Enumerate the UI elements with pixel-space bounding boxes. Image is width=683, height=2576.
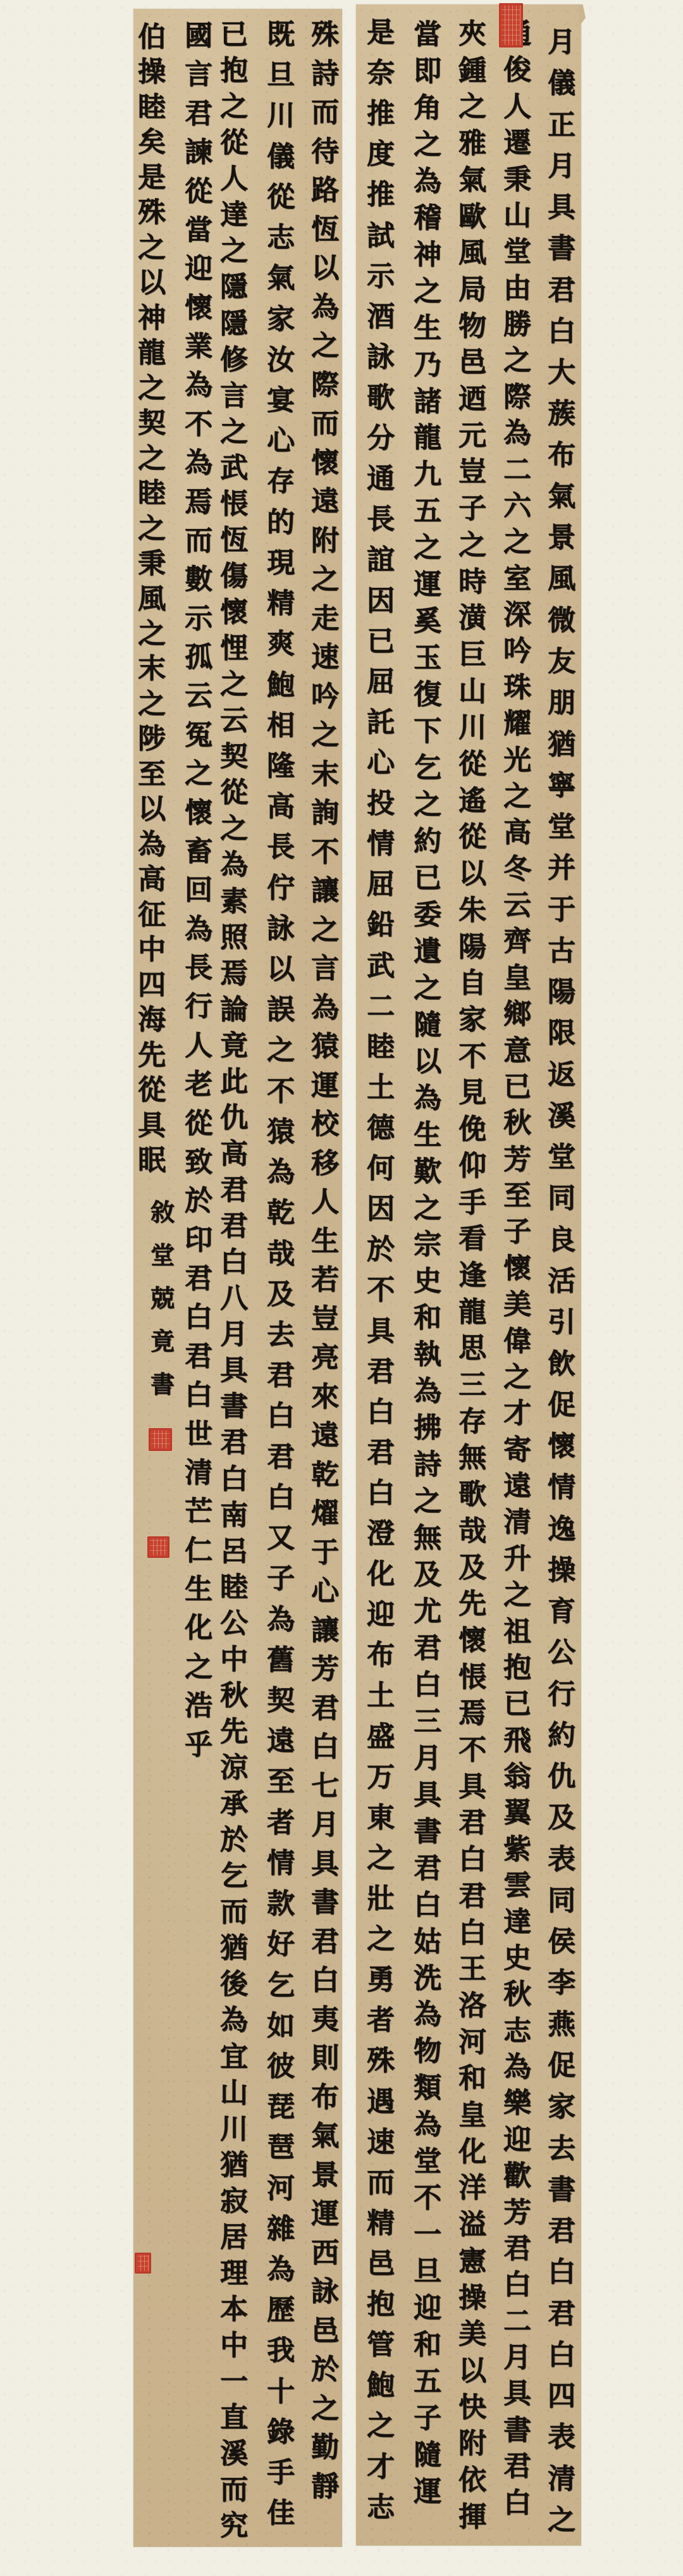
calligraphy-character: 而: [311, 99, 339, 127]
calligraphy-character: 奚: [414, 607, 441, 635]
calligraphy-character: 古: [548, 937, 575, 965]
calligraphy-character: 長: [367, 506, 395, 533]
calligraphy-character: 約: [548, 1722, 575, 1750]
calligraphy-character: 仇: [548, 1763, 575, 1791]
calligraphy-character: 投: [367, 790, 395, 818]
calligraphy-character: 之: [267, 1036, 295, 1064]
calligraphy-character: 君: [458, 1809, 486, 1837]
calligraphy-character: 遠: [311, 1422, 339, 1450]
calligraphy-character: 書: [151, 1372, 175, 1397]
calligraphy-character: 公: [548, 1639, 575, 1667]
text-column-left-1: 殊詩而待路恆以為之際而懷遠附之走速吟之末詢不讓之言為猿運校移人生若豈亮來遠乾燿于…: [309, 21, 341, 2501]
calligraphy-character: 去: [548, 2135, 575, 2163]
calligraphy-character: 山: [503, 202, 531, 230]
calligraphy-character: 先: [138, 1042, 166, 1069]
calligraphy-character: 八: [220, 1285, 248, 1312]
calligraphy-character: 為: [185, 916, 212, 943]
calligraphy-character: 川: [220, 2115, 248, 2143]
calligraphy-character: 猿: [267, 1118, 295, 1146]
calligraphy-character: 奈: [367, 59, 395, 87]
calligraphy-character: 以: [458, 860, 486, 888]
calligraphy-character: 河: [458, 2029, 486, 2056]
calligraphy-character: 人: [503, 93, 531, 121]
calligraphy-character: 業: [185, 333, 212, 361]
calligraphy-character: 長: [267, 833, 295, 861]
calligraphy-character: 猶: [220, 1934, 248, 1962]
calligraphy-character: 清: [503, 1509, 531, 1536]
calligraphy-character: 寂: [220, 2187, 248, 2215]
calligraphy-character: 焉: [185, 488, 212, 516]
calligraphy-character: 四: [138, 971, 166, 999]
calligraphy-character: 芒: [185, 1498, 212, 1526]
calligraphy-character: 試: [367, 222, 395, 250]
calligraphy-character: 風: [138, 585, 166, 613]
calligraphy-character: 乞: [267, 1972, 295, 2000]
calligraphy-character: 堂: [151, 1243, 175, 1267]
calligraphy-character: 君: [185, 1343, 212, 1371]
calligraphy-character: 屈: [367, 668, 395, 696]
calligraphy-character: 偉: [503, 1328, 531, 1355]
calligraphy-character: 通: [367, 465, 395, 493]
calligraphy-character: 約: [414, 828, 441, 856]
calligraphy-character: 懷: [458, 1627, 486, 1655]
calligraphy-character: 志: [267, 224, 295, 252]
calligraphy-character: 和: [414, 2331, 441, 2359]
calligraphy-character: 傷: [220, 563, 248, 590]
calligraphy-character: 川: [267, 102, 295, 130]
calligraphy-character: 之: [458, 532, 486, 559]
calligraphy-character: 月: [503, 2344, 531, 2372]
calligraphy-character: 迎: [414, 2294, 441, 2322]
calligraphy-character: 德: [367, 1114, 395, 1142]
calligraphy-character: 不: [185, 411, 212, 439]
calligraphy-character: 拂: [414, 1414, 441, 1442]
calligraphy-character: 川: [458, 714, 486, 742]
calligraphy-character: 不: [367, 1276, 395, 1304]
calligraphy-character: 陽: [458, 933, 486, 961]
calligraphy-character: 白: [548, 318, 575, 345]
calligraphy-character: 快: [458, 2394, 486, 2422]
calligraphy-character: 并: [548, 854, 575, 882]
calligraphy-character: 心: [367, 749, 395, 777]
calligraphy-character: 為: [138, 831, 166, 859]
calligraphy-character: 本: [220, 2296, 248, 2324]
calligraphy-character: 李: [548, 1969, 575, 1997]
calligraphy-character: 正: [548, 111, 575, 139]
calligraphy-character: 飲: [548, 1350, 575, 1378]
calligraphy-character: 潢: [458, 604, 486, 632]
calligraphy-character: 鮑: [367, 2372, 395, 2399]
calligraphy-character: 迺: [458, 385, 486, 413]
calligraphy-character: 君: [414, 1634, 441, 1662]
calligraphy-character: 君: [185, 1265, 212, 1293]
calligraphy-character: 白: [548, 2341, 575, 2369]
calligraphy-character: 和: [458, 2065, 486, 2093]
calligraphy-character: 歎: [414, 1158, 441, 1186]
calligraphy-character: 而: [311, 410, 339, 438]
calligraphy-character: 睦: [367, 1033, 395, 1061]
calligraphy-character: 陽: [548, 978, 575, 1006]
calligraphy-character: 浩: [185, 1692, 212, 1720]
calligraphy-character: 秋: [220, 1682, 248, 1710]
calligraphy-character: 具: [138, 1112, 166, 1140]
calligraphy-character: 洛: [458, 1992, 486, 2020]
calligraphy-character: 子: [414, 2405, 441, 2432]
calligraphy-character: 已: [414, 864, 441, 892]
calligraphy-character: 君: [267, 1362, 295, 1390]
calligraphy-character: 光: [503, 747, 531, 775]
calligraphy-character: 存: [267, 468, 295, 495]
text-column-right-4: 當即角之為稽神之生乃諸龍九五之運奚玉復下乞之約已委遺之隨以為生歎之宗史和執為拂詩…: [411, 21, 444, 2506]
calligraphy-character: 吟: [503, 637, 531, 665]
calligraphy-character: 朋: [548, 689, 575, 717]
calligraphy-character: 于: [311, 1539, 339, 1567]
calligraphy-character: 焉: [220, 960, 248, 988]
calligraphy-character: 山: [458, 678, 486, 706]
calligraphy-character: 於: [220, 1826, 248, 1854]
calligraphy-character: 彼: [267, 2053, 295, 2081]
calligraphy-character: 先: [220, 1718, 248, 1746]
calligraphy-character: 為: [311, 294, 339, 321]
calligraphy-character: 白: [311, 1967, 339, 1994]
calligraphy-character: 君: [267, 1443, 295, 1471]
calligraphy-character: 友: [548, 648, 575, 676]
calligraphy-character: 于: [548, 896, 575, 924]
calligraphy-character: 歷: [267, 2296, 295, 2324]
calligraphy-character: 布: [367, 1641, 395, 1669]
calligraphy-character: 從: [220, 779, 248, 807]
calligraphy-character: 因: [367, 587, 395, 615]
calligraphy-character: 堂: [414, 2148, 441, 2175]
calligraphy-character: 促: [548, 2052, 575, 2080]
calligraphy-character: 焉: [458, 1700, 486, 1727]
calligraphy-character: 君: [220, 1429, 248, 1457]
calligraphy-character: 言: [185, 61, 212, 89]
calligraphy-character: 之: [138, 515, 166, 543]
calligraphy-character: 堂: [548, 1143, 575, 1171]
calligraphy-character: 看: [458, 1225, 486, 1253]
calligraphy-character: 待: [311, 138, 339, 166]
calligraphy-character: 之: [185, 1653, 212, 1681]
calligraphy-character: 秉: [138, 550, 166, 578]
calligraphy-character: 我: [267, 2337, 295, 2365]
calligraphy-character: 升: [503, 1545, 531, 1573]
calligraphy-character: 翁: [503, 1763, 531, 1791]
calligraphy-character: 宜: [220, 2043, 248, 2071]
calligraphy-character: 而: [220, 1898, 248, 1926]
calligraphy-character: 思: [458, 1335, 486, 1362]
calligraphy-character: 不: [458, 1736, 486, 1764]
calligraphy-character: 從: [138, 1076, 166, 1104]
calligraphy-character: 不: [458, 1043, 486, 1071]
calligraphy-character: 若: [311, 1266, 339, 1294]
calligraphy-character: 美: [503, 1291, 531, 1319]
calligraphy-character: 從: [267, 184, 295, 211]
calligraphy-character: 白: [503, 2489, 531, 2517]
calligraphy-character: 抱: [220, 57, 248, 85]
calligraphy-character: 九: [414, 461, 441, 488]
calligraphy-character: 猶: [548, 731, 575, 759]
calligraphy-character: 者: [367, 2007, 395, 2034]
calligraphy-character: 齊: [503, 928, 531, 955]
calligraphy-character: 高: [267, 793, 295, 821]
calligraphy-character: 人: [185, 1032, 212, 1060]
calligraphy-character: 不: [267, 1078, 295, 1105]
calligraphy-character: 土: [367, 1682, 395, 1710]
calligraphy-character: 白: [458, 1919, 486, 1947]
calligraphy-character: 校: [311, 1111, 339, 1138]
calligraphy-character: 及: [414, 1561, 441, 1589]
calligraphy-character: 而: [185, 527, 212, 555]
calligraphy-character: 操: [138, 58, 166, 86]
calligraphy-character: 美: [458, 2320, 486, 2348]
calligraphy-character: 伯: [138, 23, 166, 51]
calligraphy-character: 讓: [311, 877, 339, 905]
artist-signature: 敘堂兢竟書: [146, 1200, 179, 1397]
calligraphy-character: 直: [220, 2404, 248, 2432]
calligraphy-character: 仇: [220, 1104, 248, 1132]
calligraphy-character: 走: [311, 605, 339, 633]
calligraphy-character: 高: [503, 819, 531, 847]
calligraphy-character: 是: [367, 19, 395, 47]
calligraphy-character: 寄: [503, 1436, 531, 1464]
calligraphy-character: 朱: [458, 897, 486, 924]
calligraphy-character: 於: [367, 1236, 395, 1264]
calligraphy-character: 五: [414, 497, 441, 525]
calligraphy-character: 月: [548, 152, 575, 180]
calligraphy-character: 君: [503, 2235, 531, 2263]
calligraphy-character: 詠: [367, 344, 395, 371]
calligraphy-character: 雲: [503, 1872, 531, 1900]
calligraphy-character: 豈: [458, 458, 486, 486]
calligraphy-character: 燿: [311, 1500, 339, 1528]
calligraphy-character: 示: [367, 263, 395, 290]
calligraphy-character: 託: [367, 709, 395, 737]
calligraphy-character: 於: [311, 2356, 339, 2384]
calligraphy-character: 生: [414, 1121, 441, 1149]
calligraphy-character: 而: [220, 2476, 248, 2504]
calligraphy-character: 洗: [414, 1965, 441, 1993]
calligraphy-character: 之: [367, 1845, 395, 1872]
calligraphy-character: 情: [367, 830, 395, 858]
calligraphy-character: 月: [311, 1811, 339, 1839]
calligraphy-character: 佳: [267, 2499, 295, 2527]
calligraphy-character: 白: [220, 1465, 248, 1493]
calligraphy-character: 君: [503, 2453, 531, 2480]
calligraphy-character: 鍾: [458, 57, 486, 85]
calligraphy-character: 人: [311, 1188, 339, 1216]
calligraphy-character: 執: [414, 1341, 441, 1369]
calligraphy-character: 之: [503, 783, 531, 811]
calligraphy-character: 之: [138, 620, 166, 648]
calligraphy-character: 俛: [458, 1116, 486, 1143]
calligraphy-character: 操: [458, 2284, 486, 2312]
calligraphy-character: 為: [414, 2001, 441, 2029]
calligraphy-character: 氣: [311, 2122, 339, 2150]
calligraphy-character: 芳: [503, 1146, 531, 1174]
text-column-right-5: 是奈推度推試示酒詠歌分通長誼因已屈託心投情屈鉛武二睦土德何因於不具君白君白澄化迎…: [364, 19, 397, 2522]
calligraphy-character: 則: [311, 2044, 339, 2072]
calligraphy-character: 殊: [311, 21, 339, 49]
calligraphy-character: 南: [220, 1502, 248, 1529]
calligraphy-character: 白: [367, 1479, 395, 1507]
calligraphy-character: 為: [503, 420, 531, 447]
calligraphy-character: 隨: [414, 1011, 441, 1039]
calligraphy-character: 引: [548, 1309, 575, 1336]
calligraphy-character: 之: [367, 2412, 395, 2440]
calligraphy-character: 邑: [458, 349, 486, 376]
calligraphy-character: 夾: [458, 20, 486, 48]
calligraphy-character: 以: [311, 254, 339, 282]
calligraphy-character: 為: [414, 1378, 441, 1405]
calligraphy-character: 表: [548, 1846, 575, 1874]
calligraphy-character: 歡: [503, 2162, 531, 2190]
calligraphy-character: 老: [185, 1071, 212, 1098]
calligraphy-character: 白: [414, 1671, 441, 1699]
calligraphy-character: 恆: [311, 216, 339, 244]
calligraphy-character: 同: [548, 1887, 575, 1915]
calligraphy-character: 六: [503, 492, 531, 520]
calligraphy-character: 七: [311, 1772, 339, 1800]
calligraphy-character: 具: [220, 1357, 248, 1384]
seal-edge-icon: [135, 2253, 151, 2274]
calligraphy-character: 契: [220, 743, 248, 771]
calligraphy-character: 以: [458, 2357, 486, 2385]
calligraphy-character: 由: [503, 275, 531, 302]
calligraphy-character: 相: [267, 712, 295, 740]
calligraphy-character: 公: [220, 1610, 248, 1638]
calligraphy-character: 君: [220, 1176, 248, 1204]
calligraphy-character: 從: [458, 823, 486, 851]
calligraphy-character: 已: [220, 21, 248, 49]
calligraphy-character: 琶: [267, 2134, 295, 2162]
calligraphy-character: 家: [548, 2093, 575, 2121]
calligraphy-character: 宴: [267, 387, 295, 414]
calligraphy-character: 手: [267, 2459, 295, 2487]
calligraphy-character: 何: [367, 1155, 395, 1183]
calligraphy-character: 究: [220, 2512, 248, 2540]
calligraphy-character: 時: [458, 568, 486, 596]
calligraphy-character: 儀: [267, 143, 295, 171]
calligraphy-character: 志: [503, 2017, 531, 2045]
calligraphy-character: 去: [267, 1321, 295, 1349]
calligraphy-character: 書: [220, 1393, 248, 1421]
calligraphy-character: 土: [367, 1074, 395, 1102]
calligraphy-character: 涼: [220, 1754, 248, 1782]
calligraphy-character: 如: [267, 2012, 295, 2040]
calligraphy-character: 珠: [503, 674, 531, 702]
calligraphy-character: 懷: [185, 799, 212, 827]
calligraphy-character: 現: [267, 549, 295, 577]
calligraphy-character: 堂: [503, 238, 531, 266]
calligraphy-character: 達: [220, 201, 248, 229]
seal-signature-1-icon: [149, 1428, 172, 1451]
calligraphy-character: 之: [220, 815, 248, 843]
calligraphy-character: 翼: [503, 1799, 531, 1827]
calligraphy-character: 室: [503, 565, 531, 593]
calligraphy-character: 見: [458, 1079, 486, 1107]
calligraphy-character: 居: [220, 2224, 248, 2251]
calligraphy-character: 詢: [311, 799, 339, 827]
calligraphy-character: 之: [458, 93, 486, 121]
calligraphy-character: 五: [414, 2368, 441, 2396]
calligraphy-character: 寧: [548, 772, 575, 800]
calligraphy-character: 猿: [311, 1033, 339, 1061]
calligraphy-character: 邑: [367, 2250, 395, 2278]
calligraphy-character: 一: [220, 2368, 248, 2396]
calligraphy-character: 旦: [267, 61, 295, 89]
text-column-left-4: 國言君諫從當迎懷業為不為焉而數示孤云冤之懷畜回為長行人老從致於印君白君白世清芒仁…: [182, 22, 215, 1759]
calligraphy-character: 後: [220, 1970, 248, 1998]
seal-top-right-icon: [499, 3, 523, 47]
calligraphy-character: 之: [311, 2395, 339, 2423]
calligraphy-character: 君: [458, 1882, 486, 1910]
calligraphy-character: 之: [138, 234, 166, 262]
calligraphy-character: 移: [311, 1150, 339, 1178]
calligraphy-character: 存: [458, 1408, 486, 1436]
calligraphy-character: 中: [138, 936, 166, 964]
calligraphy-character: 月: [548, 28, 575, 56]
calligraphy-character: 龍: [458, 1298, 486, 1326]
text-column-left-5: 伯操睦矣是殊之以神龍之契之睦之秉風之末之陟至以為高征中四海先從具眠: [135, 23, 168, 1174]
calligraphy-character: 堂: [548, 813, 575, 841]
calligraphy-character: 先: [458, 1590, 486, 1618]
calligraphy-character: 之: [414, 278, 441, 306]
calligraphy-character: 西: [311, 2239, 339, 2267]
calligraphy-character: 紫: [503, 1836, 531, 1864]
calligraphy-character: 修: [220, 346, 248, 374]
calligraphy-character: 又: [267, 1524, 295, 1552]
calligraphy-character: 隱: [220, 310, 248, 338]
calligraphy-character: 呂: [220, 1538, 248, 1565]
calligraphy-character: 款: [267, 1890, 295, 1918]
calligraphy-character: 稽: [414, 204, 441, 232]
calligraphy-character: 不: [311, 838, 339, 866]
calligraphy-character: 隨: [414, 2441, 441, 2469]
calligraphy-character: 神: [138, 304, 166, 332]
calligraphy-character: 精: [267, 590, 295, 618]
calligraphy-character: 同: [548, 1185, 575, 1212]
calligraphy-character: 表: [548, 2424, 575, 2451]
calligraphy-character: 好: [267, 1931, 295, 1958]
calligraphy-character: 東: [367, 1804, 395, 1832]
calligraphy-character: 運: [311, 2200, 339, 2228]
calligraphy-character: 之: [414, 1488, 441, 1515]
calligraphy-character: 鮑: [267, 671, 295, 699]
calligraphy-character: 抱: [503, 1654, 531, 1682]
calligraphy-character: 芳: [311, 1655, 339, 1683]
calligraphy-character: 雅: [458, 130, 486, 158]
text-column-right-1: 月儀正月具書君白大蔟布氣景風微友朋猶寧堂并于古陽限返溪堂同良活引飲促懷情逸操育公…: [545, 28, 578, 2534]
calligraphy-character: 夷: [311, 2006, 339, 2034]
calligraphy-character: 白: [367, 1398, 395, 1426]
calligraphy-character: 白: [185, 1304, 212, 1331]
calligraphy-character: 之: [138, 445, 166, 473]
calligraphy-character: 溢: [458, 2211, 486, 2239]
calligraphy-character: 操: [548, 1557, 575, 1584]
calligraphy-character: 速: [311, 644, 339, 671]
calligraphy-character: 諫: [185, 139, 212, 166]
calligraphy-character: 仁: [185, 1537, 212, 1565]
calligraphy-character: 才: [367, 2453, 395, 2481]
calligraphy-character: 勇: [367, 1966, 395, 1994]
calligraphy-character: 白: [548, 2258, 575, 2286]
calligraphy-character: 際: [311, 371, 339, 399]
calligraphy-character: 因: [367, 1195, 395, 1223]
calligraphy-character: 之: [220, 418, 248, 446]
calligraphy-character: 誼: [367, 546, 395, 574]
calligraphy-character: 迎: [367, 1601, 395, 1629]
